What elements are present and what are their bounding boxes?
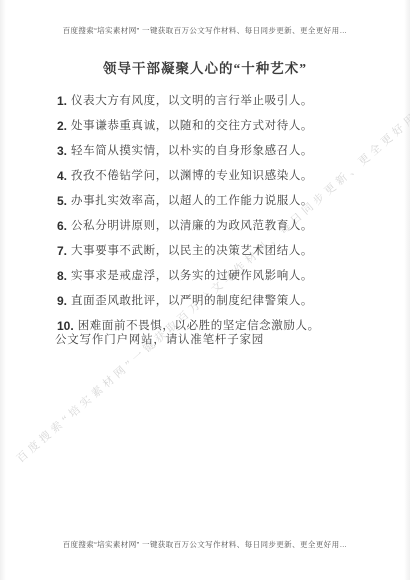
item-number: 5. (57, 194, 67, 208)
list-item: 5. 办事扎实效率高，以超人的工作能力说服人。 (57, 194, 374, 219)
list-item: 3. 轻车简从摸实情，以朴实的自身形象感召人。 (57, 144, 374, 169)
item-text: 仪表大方有风度，以文明的言行举止吸引人。 (71, 94, 313, 108)
item-number: 4. (57, 169, 67, 183)
item-text: 直面歪风敢批评，以严明的制度纪律警策人。 (71, 294, 313, 308)
page-edge-right (404, 0, 410, 580)
list-item: 6. 公私分明讲原则，以清廉的为政风范教育人。 (57, 219, 374, 244)
item-text: 轻车简从摸实情，以朴实的自身形象感召人。 (71, 144, 313, 158)
list-item: 9. 直面歪风敢批评，以严明的制度纪律警策人。 (57, 294, 374, 319)
page-edge-left (0, 0, 6, 580)
item-number: 7. (57, 244, 67, 258)
list-item: 2. 处事谦恭重真诚，以随和的交往方式对待人。 (57, 119, 374, 144)
item-text: 处事谦恭重真诚，以随和的交往方式对待人。 (71, 119, 313, 133)
item-text: 实事求是戒虚浮，以务实的过硬作风影响人。 (71, 269, 313, 283)
bottom-promo-banner: 百度搜索“培实素材网” 一键获取百万公文写作材料、每日同步更新、更全更好用… (0, 539, 410, 550)
numbered-list: 1. 仪表大方有风度，以文明的言行举止吸引人。 2. 处事谦恭重真诚，以随和的交… (57, 94, 374, 344)
list-item: 8. 实事求是戒虚浮，以务实的过硬作风影响人。 (57, 269, 374, 294)
item-number: 6. (57, 219, 67, 233)
item-number: 3. (57, 144, 67, 158)
item-number: 2. (57, 119, 67, 133)
item-text: 公私分明讲原则，以清廉的为政风范教育人。 (71, 219, 313, 233)
item-number: 8. (57, 269, 67, 283)
page-title: 领导干部凝聚人心的“十种艺术” (0, 57, 410, 77)
list-item: 7. 大事要事不武断，以民主的决策艺术团结人。 (57, 244, 374, 269)
document-page: { "banners": { "top": "百度搜索“培实素材网” 一键获取百… (0, 0, 410, 580)
item-number: 1. (57, 94, 67, 108)
item-number: 9. (57, 294, 67, 308)
top-promo-banner: 百度搜索“培实素材网” 一键获取百万公文写作材料、每日同步更新、更全更好用… (0, 25, 410, 36)
closing-line: 公文写作门户网站，请认准笔杆子家园 (55, 331, 264, 347)
item-text: 办事扎实效率高，以超人的工作能力说服人。 (71, 194, 313, 208)
item-text: 孜孜不倦钻学问，以渊博的专业知识感染人。 (71, 169, 313, 183)
list-item: 1. 仪表大方有风度，以文明的言行举止吸引人。 (57, 94, 374, 119)
item-text: 大事要事不武断，以民主的决策艺术团结人。 (71, 244, 313, 258)
list-item: 4. 孜孜不倦钻学问，以渊博的专业知识感染人。 (57, 169, 374, 194)
